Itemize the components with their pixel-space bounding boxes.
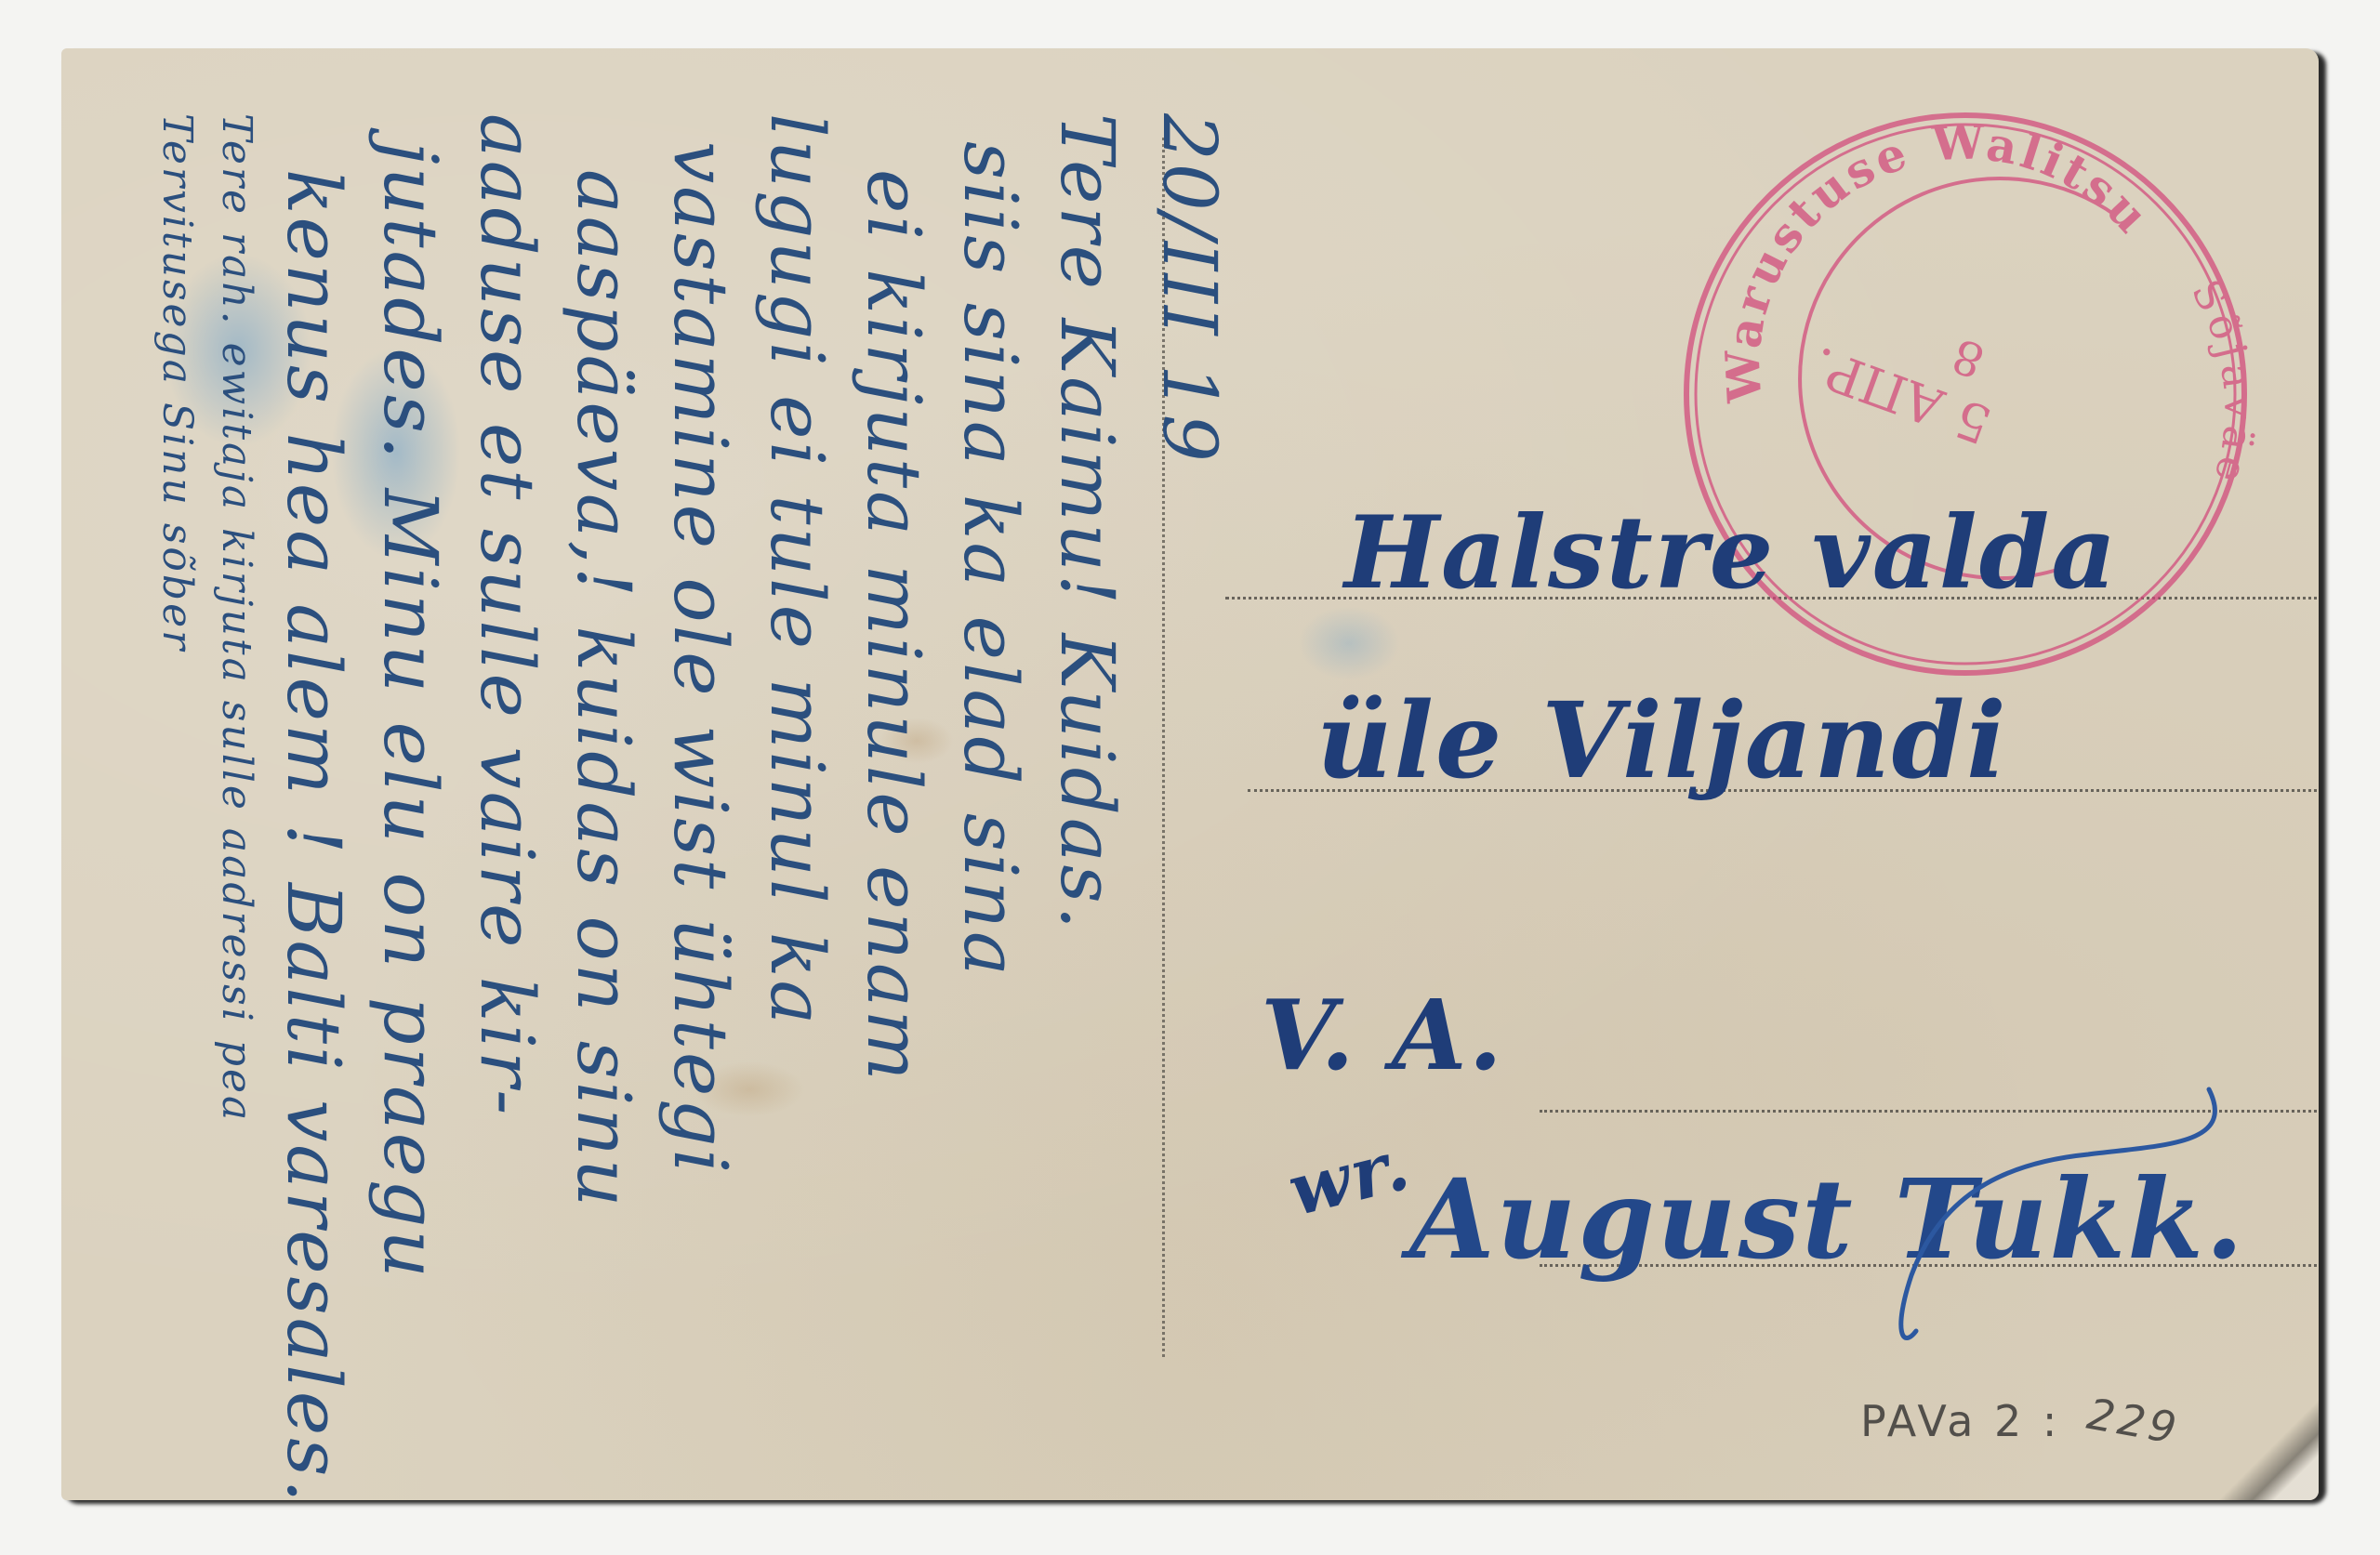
archive-reference: PAVa 2 : 229 (1860, 1396, 2180, 1446)
message-line: lugugi ei tule minul ka (754, 113, 840, 1027)
stamp-right-text: Sõjaväe (2182, 272, 2262, 493)
postcard: Warustuse Walitsus № Sõjaväe 5 АПР. 8 Ha… (61, 48, 2319, 1500)
message-line: ei kirjuta minule enam (851, 169, 937, 1084)
message-line: Tere Kaimu! Kuidas. (1044, 113, 1130, 932)
message-line: Tere rah. ewitaja kirjuta sulle aadressi… (213, 113, 260, 1123)
message-line: kenus hea alem ! Balti varesales. (271, 169, 357, 1500)
message-date: 20/III 19 (1146, 113, 1233, 465)
address-initials: V. A. (1261, 978, 1504, 1092)
message-heading: 20/III 19 (1146, 113, 1233, 465)
message-line: jutades. Minu elu on praegu (367, 141, 454, 1281)
ink-smudge (1298, 606, 1400, 680)
message-line: siis sina ka elad sina (947, 141, 1034, 979)
address-title-prefix: wr. (1280, 1122, 1419, 1232)
corner-wear (2207, 1389, 2319, 1500)
archive-number: 229 (2083, 1389, 2184, 1455)
message-line: aaspäeva,! kuidas on sinu (561, 169, 647, 1209)
message-line: vastamine ole wist ühtegi (657, 141, 744, 1176)
address-town: üle Viljandi (1316, 680, 2008, 802)
handwritten-message: 20/III 19 Tere Kaimu! Kuidas.siis sina k… (182, 113, 1233, 1480)
archive-label: PAVa 2 : (1860, 1396, 2060, 1446)
stamp-year: 8 (1945, 328, 1991, 389)
message-line: aaduse et sulle vaire kir- (464, 113, 550, 1117)
svg-text:Sõjaväe: Sõjaväe (2182, 272, 2262, 493)
message-signature: Tervitusega Sinu sõber (153, 113, 201, 652)
address-parish: Halstre valda (1344, 494, 2118, 612)
signature-flourish (1753, 1071, 2274, 1350)
